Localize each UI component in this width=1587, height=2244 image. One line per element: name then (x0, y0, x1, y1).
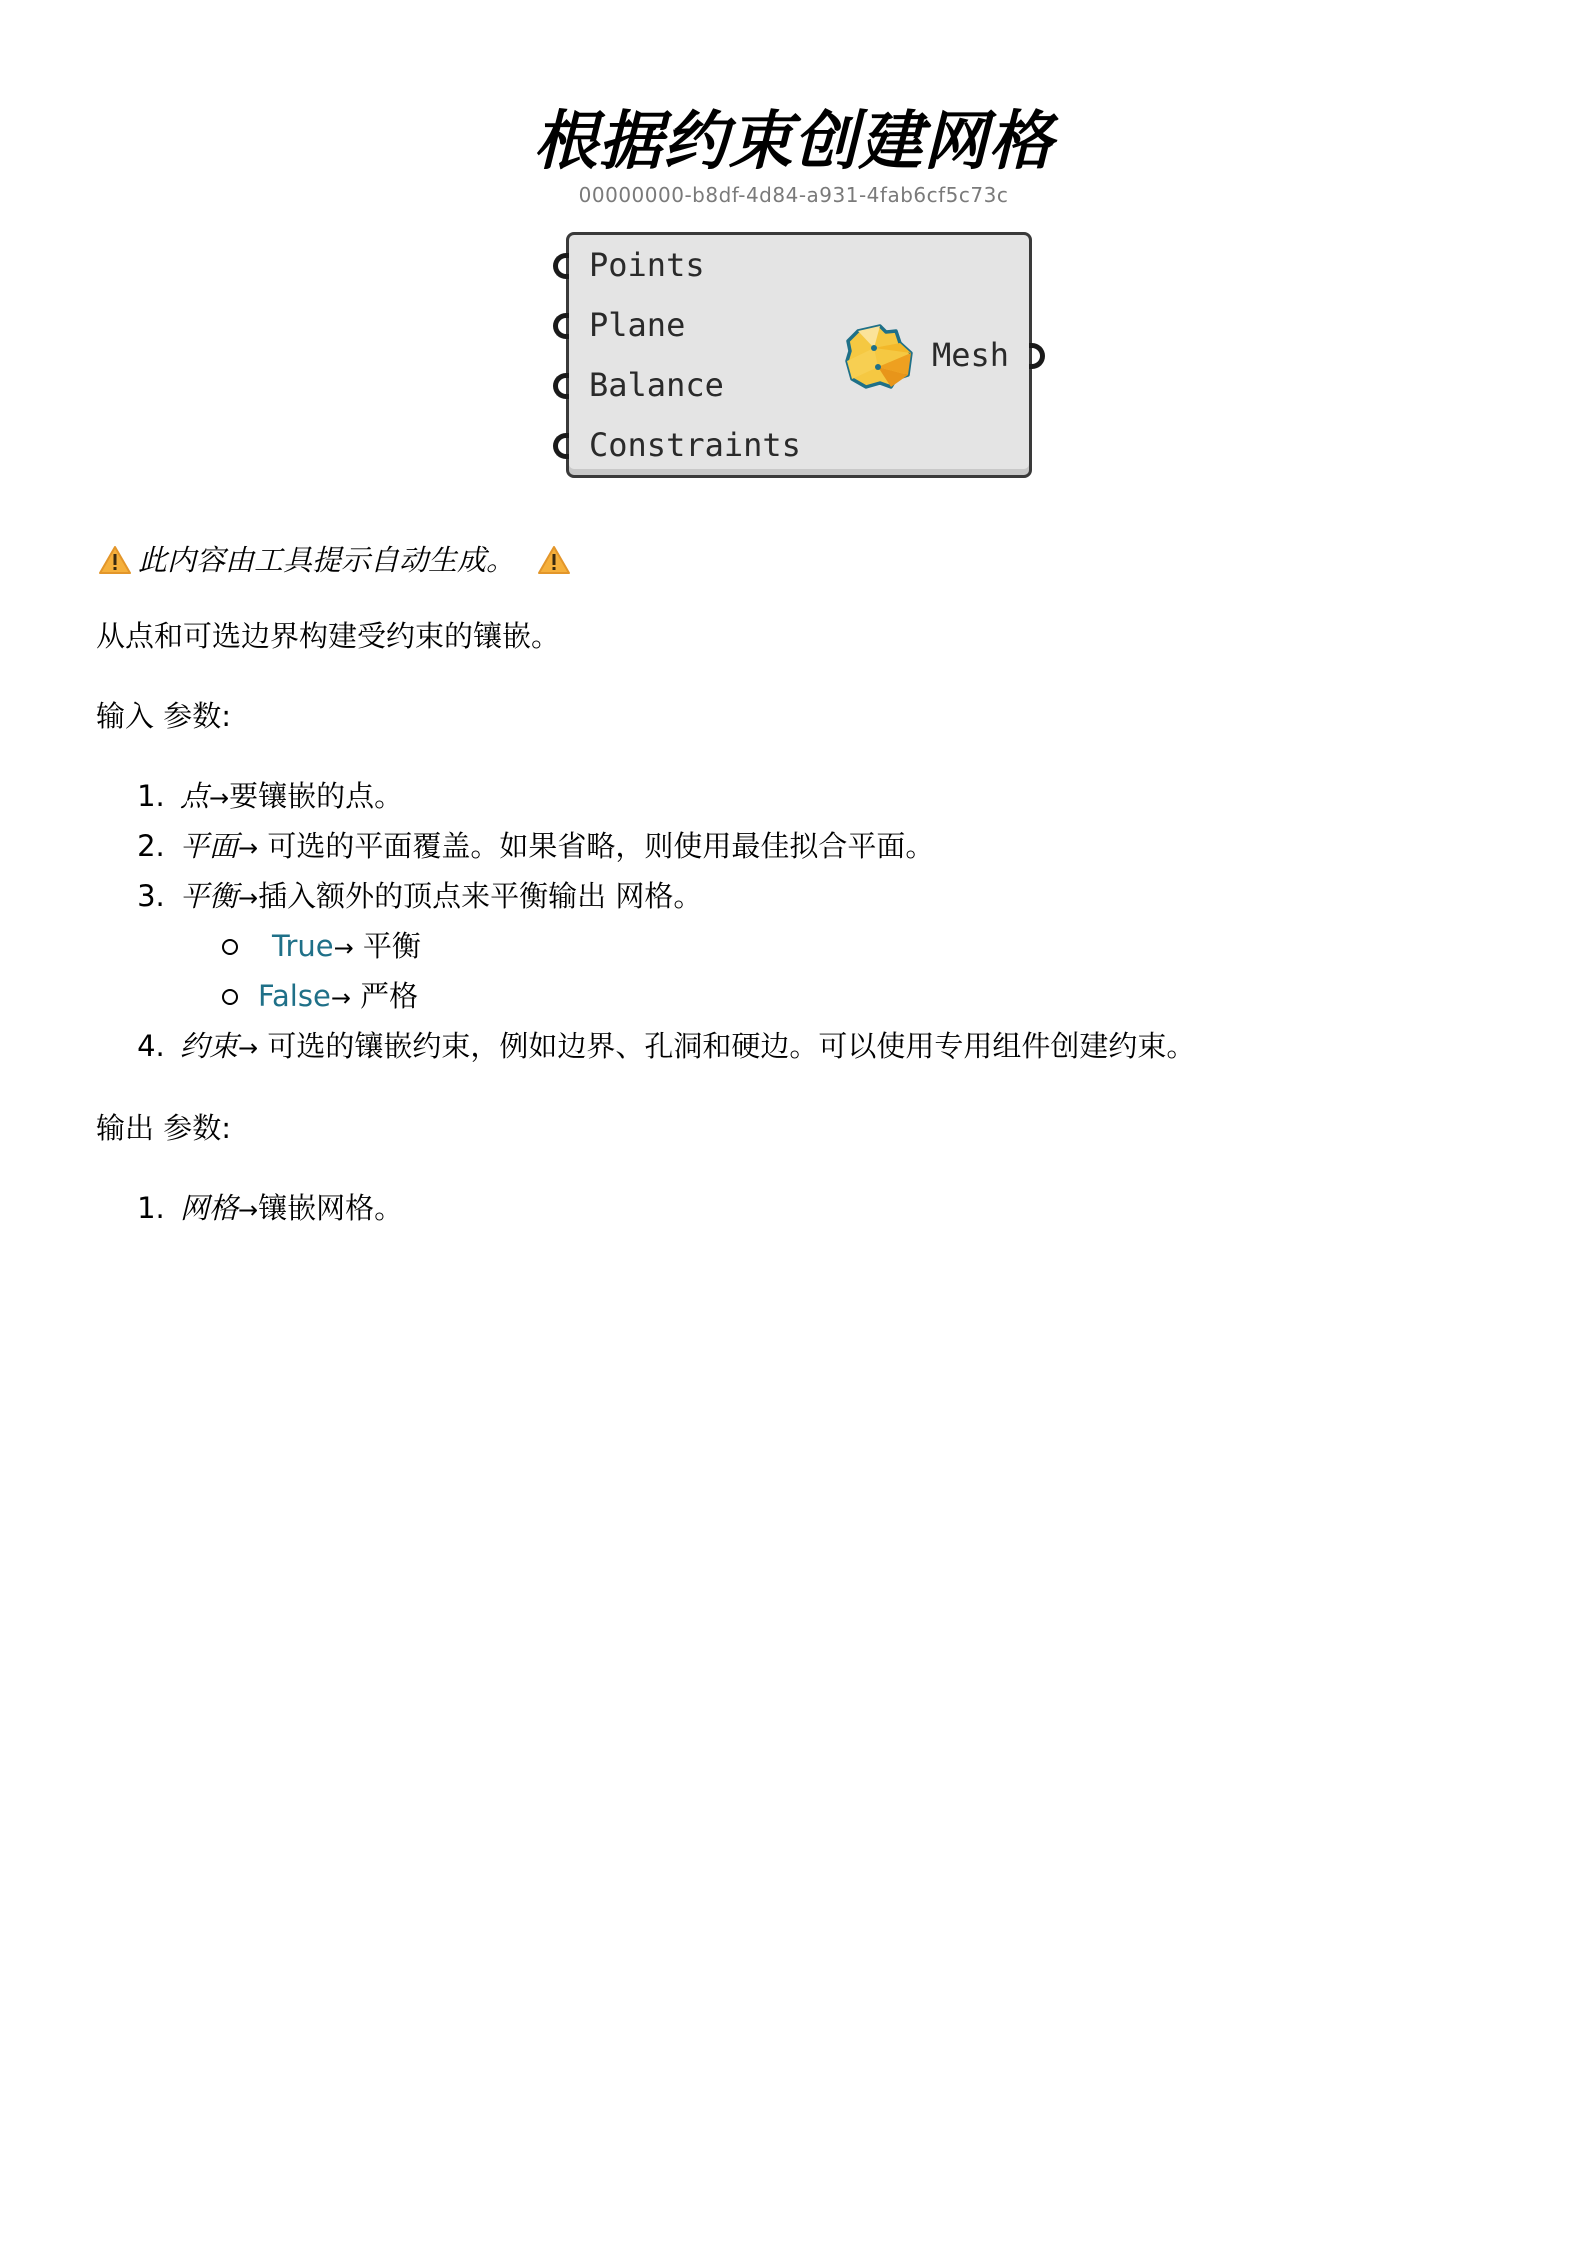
balance-option-true: True→ 平衡 (220, 922, 1496, 972)
circle-bullet-icon (222, 989, 238, 1005)
output-param-mesh: Mesh (932, 335, 1009, 375)
inputs-heading: 输入 参数: (96, 692, 1496, 740)
input-grip-plane[interactable] (553, 313, 569, 339)
input-grip-constraints[interactable] (553, 433, 569, 459)
outputs-list: 网格→镶嵌网格。 (96, 1184, 1496, 1234)
input-param-points: Points (589, 245, 705, 285)
warning-icon (98, 545, 132, 575)
input-item-points: 点→要镶嵌的点。 (174, 772, 1496, 822)
input-param-plane: Plane (589, 305, 685, 345)
mesh-icon (844, 323, 914, 391)
inputs-list: 点→要镶嵌的点。 平面→ 可选的平面覆盖。如果省略，则使用最佳拟合平面。 平衡→… (96, 772, 1496, 1072)
input-item-balance: 平衡→插入额外的顶点来平衡输出 网格。 True→ 平衡 False→ 严格 (174, 872, 1496, 1022)
notice-text: 此内容由工具提示自动生成。 (138, 536, 515, 584)
balance-option-false: False→ 严格 (220, 972, 1496, 1022)
input-grip-balance[interactable] (553, 373, 569, 399)
input-item-plane: 平面→ 可选的平面覆盖。如果省略，则使用最佳拟合平面。 (174, 822, 1496, 872)
balance-options: True→ 平衡 False→ 严格 (180, 922, 1496, 1022)
input-param-constraints: Constraints (589, 425, 801, 465)
output-item-mesh: 网格→镶嵌网格。 (174, 1184, 1496, 1234)
grasshopper-component[interactable]: Points Plane Balance Constraints Mesh (566, 232, 1032, 478)
outputs-heading: 输出 参数: (96, 1104, 1496, 1152)
documentation-body: 此内容由工具提示自动生成。 从点和可选边界构建受约束的镶嵌。 输入 参数: 点→… (96, 530, 1496, 1234)
input-item-constraints: 约束→ 可选的镶嵌约束，例如边界、孔洞和硬边。可以使用专用组件创建约束。 (174, 1022, 1496, 1072)
input-param-balance: Balance (589, 365, 724, 405)
page-title: 根据约束创建网格 (0, 100, 1587, 184)
output-grip-mesh[interactable] (1029, 343, 1045, 369)
warning-icon (537, 545, 571, 575)
auto-generated-notice: 此内容由工具提示自动生成。 (96, 530, 1496, 590)
circle-bullet-icon (222, 939, 238, 955)
component-description: 从点和可选边界构建受约束的镶嵌。 (96, 612, 1496, 660)
input-grip-points[interactable] (553, 253, 569, 279)
component-guid: 00000000-b8df-4d84-a931-4fab6cf5c73c (0, 183, 1587, 207)
